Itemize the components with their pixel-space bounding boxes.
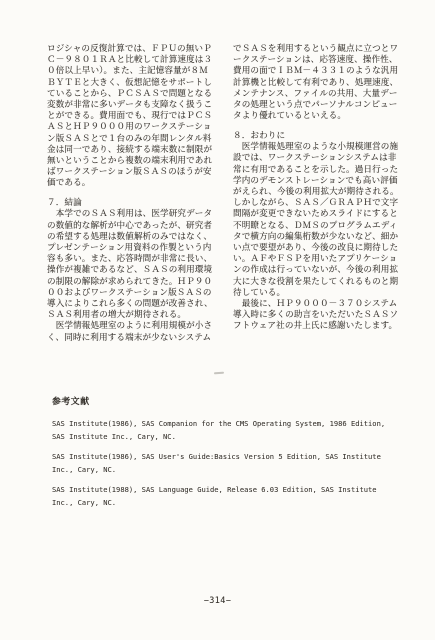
reference-item: SAS Institute(1988), SAS Language Guide,…: [52, 484, 397, 509]
references-section: 参考文献 SAS Institute(1986), SAS Companion …: [52, 394, 412, 517]
body-paragraph: 最後に、ＨＰ９０００－３７０システム 導入時に多くの助言をいただいたＳＡＳソ フ…: [233, 299, 399, 333]
right-column: でＳＡＳを利用するという観点に立つとワ ークステーションは、応答速度、操作性、 …: [233, 44, 399, 344]
two-column-body: ロジシャの反復計算では、ＦＰＵの無いＰ Ｃ－９８０１ＲＡと比較して計算速度は３ …: [47, 44, 399, 344]
reference-item: SAS Institute(1986), SAS Companion for t…: [52, 418, 397, 443]
body-paragraph: でＳＡＳを利用するという観点に立つとワ ークステーションは、応答速度、操作性、 …: [233, 44, 399, 122]
left-column: ロジシャの反復計算では、ＦＰＵの無いＰ Ｃ－９８０１ＲＡと比較して計算速度は３ …: [47, 44, 213, 344]
reference-item: SAS Institute(1986), SAS User's Guide:Ba…: [52, 451, 397, 476]
references-heading: 参考文献: [52, 394, 412, 407]
body-paragraph: 本学でのＳＡＳ利用は、医学研究データ の数値的な解析が中心であったが、研究者 の…: [47, 209, 213, 321]
body-paragraph: ロジシャの反復計算では、ＦＰＵの無いＰ Ｃ－９８０１ＲＡと比較して計算速度は３ …: [47, 44, 213, 190]
scanned-paper-page: ロジシャの反復計算では、ＦＰＵの無いＰ Ｃ－９８０１ＲＡと比較して計算速度は３ …: [0, 0, 435, 640]
body-paragraph: 医学情報処理室のような小規模運営の施 設では、ワークステーションシステムは非 常…: [233, 142, 399, 299]
body-paragraph: 医学情報処理室のように利用規模が小さ く、同時に利用する端末が少ないシステム: [47, 321, 213, 343]
scan-smudge: [214, 372, 224, 375]
page-number: −314−: [0, 596, 435, 606]
section-heading-closing: ８．おわりに: [233, 131, 399, 142]
section-heading-conclusion: ７．結論: [47, 198, 213, 209]
